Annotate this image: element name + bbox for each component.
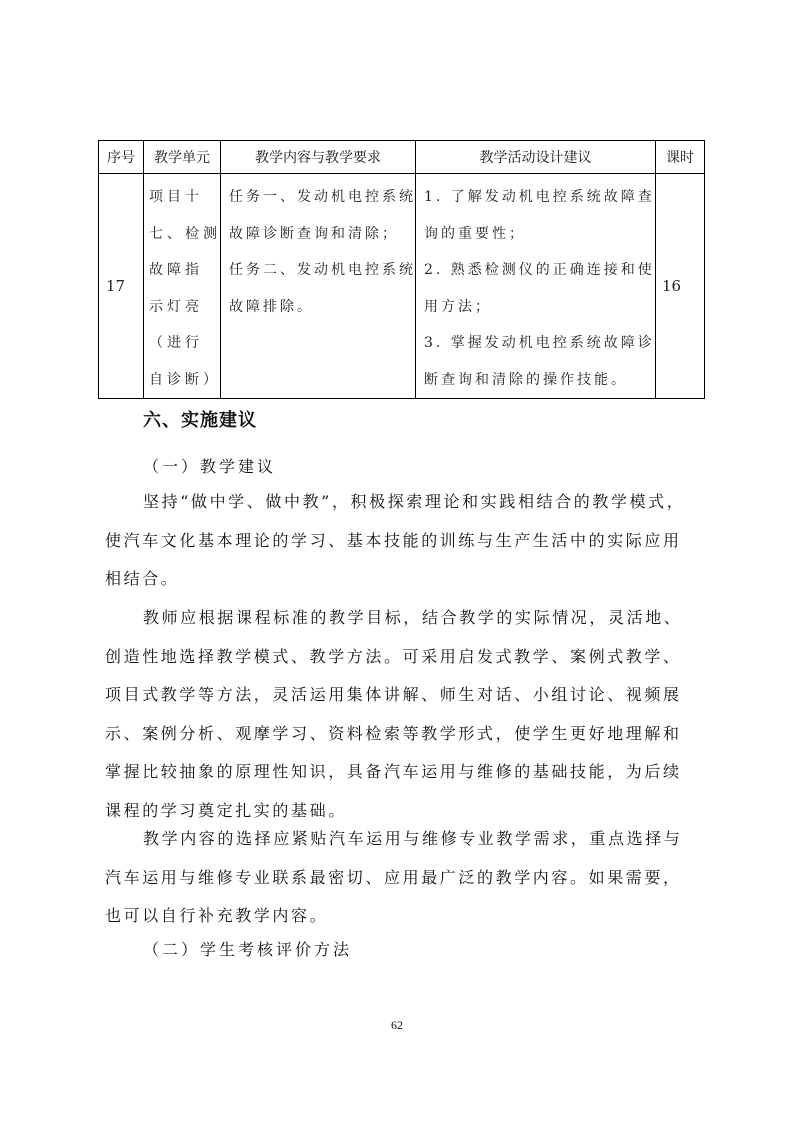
unit-line: 七、检测 bbox=[149, 216, 220, 253]
paragraph-line: 教师应根据课程标准的教学目标，结合教学的实际情况，灵活地、 bbox=[105, 599, 700, 638]
paragraph-line: 也可以自行补充教学内容。 bbox=[105, 897, 700, 936]
unit-line: 自诊断） bbox=[149, 362, 220, 399]
row-number: 17 bbox=[99, 174, 144, 399]
subsection-heading-assessment: （二）学生考核评价方法 bbox=[143, 937, 352, 960]
paragraph-line: 相结合。 bbox=[105, 560, 700, 599]
row-activity: 1. 了解发动机电控系统故障查 询的重要性； 2. 熟悉检测仪的正确连接和使 用… bbox=[416, 174, 656, 399]
activity-line: 2. 熟悉检测仪的正确连接和使 bbox=[424, 252, 655, 289]
section-heading: 六、实施建议 bbox=[143, 406, 257, 432]
content-line: 任务二、发动机电控系统 bbox=[229, 252, 415, 289]
activity-line: 询的重要性； bbox=[424, 216, 655, 253]
teaching-units-table: 序号 教学单元 教学内容与教学要求 教学活动设计建议 课时 17 项目十 七、检… bbox=[98, 140, 705, 399]
paragraph-3: 教学内容的选择应紧贴汽车运用与维修专业教学需求，重点选择与 汽车运用与维修专业联… bbox=[105, 820, 700, 936]
paragraph-line: 项目式教学等方法，灵活运用集体讲解、师生对话、小组讨论、视频展 bbox=[105, 676, 700, 715]
paragraph-line: 示、案例分析、观摩学习、资料检索等教学形式，使学生更好地理解和 bbox=[105, 715, 700, 754]
activity-line: 1. 了解发动机电控系统故障查 bbox=[424, 179, 655, 216]
page-number: 62 bbox=[0, 1018, 794, 1033]
activity-line: 断查询和清除的操作技能。 bbox=[424, 362, 655, 399]
header-content: 教学内容与教学要求 bbox=[221, 141, 416, 174]
header-activity: 教学活动设计建议 bbox=[416, 141, 656, 174]
paragraph-line: 创造性地选择教学模式、教学方法。可采用启发式教学、案例式教学、 bbox=[105, 638, 700, 677]
header-number: 序号 bbox=[99, 141, 144, 174]
row-unit: 项目十 七、检测 故障指 示灯亮 （进行 自诊断） bbox=[144, 174, 221, 399]
unit-line: 示灯亮 bbox=[149, 289, 220, 326]
unit-line: （进行 bbox=[149, 325, 220, 362]
row-hours: 16 bbox=[656, 174, 705, 399]
paragraph-line: 汽车运用与维修专业联系最密切、应用最广泛的教学内容。如果需要， bbox=[105, 859, 700, 898]
header-unit: 教学单元 bbox=[144, 141, 221, 174]
paragraph-line: 掌握比较抽象的原理性知识，具备汽车运用与维修的基础技能，为后续 bbox=[105, 753, 700, 792]
subsection-heading-teaching: （一）教学建议 bbox=[143, 454, 276, 477]
table-row: 17 项目十 七、检测 故障指 示灯亮 （进行 自诊断） 任务一、发动机电控系统… bbox=[99, 174, 705, 399]
unit-line: 故障指 bbox=[149, 252, 220, 289]
paragraph-1: 坚持“做中学、做中教”，积极探索理论和实践相结合的教学模式， 使汽车文化基本理论… bbox=[105, 483, 700, 599]
paragraph-2: 教师应根据课程标准的教学目标，结合教学的实际情况，灵活地、 创造性地选择教学模式… bbox=[105, 599, 700, 830]
content-line: 故障诊断查询和清除； bbox=[229, 216, 415, 253]
content-line: 故障排除。 bbox=[229, 289, 415, 326]
header-hours: 课时 bbox=[656, 141, 705, 174]
content-line: 任务一、发动机电控系统 bbox=[229, 179, 415, 216]
activity-line: 用方法； bbox=[424, 289, 655, 326]
table-header-row: 序号 教学单元 教学内容与教学要求 教学活动设计建议 课时 bbox=[99, 141, 705, 174]
paragraph-line: 教学内容的选择应紧贴汽车运用与维修专业教学需求，重点选择与 bbox=[105, 820, 700, 859]
unit-line: 项目十 bbox=[149, 179, 220, 216]
paragraph-line: 坚持“做中学、做中教”，积极探索理论和实践相结合的教学模式， bbox=[105, 483, 700, 522]
document-page: 序号 教学单元 教学内容与教学要求 教学活动设计建议 课时 17 项目十 七、检… bbox=[0, 0, 794, 1122]
activity-line: 3. 掌握发动机电控系统故障诊 bbox=[424, 325, 655, 362]
paragraph-line: 使汽车文化基本理论的学习、基本技能的训练与生产生活中的实际应用 bbox=[105, 522, 700, 561]
row-content: 任务一、发动机电控系统 故障诊断查询和清除； 任务二、发动机电控系统 故障排除。 bbox=[221, 174, 416, 399]
